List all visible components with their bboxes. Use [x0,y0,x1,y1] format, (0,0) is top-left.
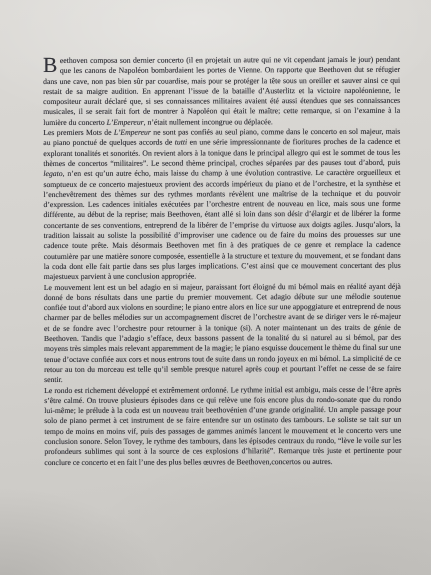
paragraph: Le rondo est richement développé et extr… [44,384,401,468]
text-run: eethoven composa son dernier concerto (i… [43,55,400,127]
drop-cap: B [43,56,60,74]
paragraph: Beethoven composa son dernier concerto (… [43,55,400,128]
text-run: Les premiers Mots de [43,128,114,137]
italic-run: legato [43,169,62,178]
text-run: , n’en est qu’un autre écho, mais laisse… [43,168,400,281]
article-body: Beethoven composa son dernier concerto (… [43,55,401,468]
scanned-page: Beethoven composa son dernier concerto (… [0,0,431,575]
text-run: Le mouvement lent est un bel adagio en s… [44,281,401,384]
italic-run: L’Empereur [114,128,151,137]
paragraph: Le mouvement lent est un bel adagio en s… [44,281,401,385]
italic-run: tutti [175,138,187,147]
paragraph: Les premiers Mots de L’Empereur ne sont … [43,127,401,283]
italic-run: L’Empereur [107,117,144,126]
text-run: Le rondo est richement développé et extr… [44,384,401,466]
text-run: , n’était nullement incongrue ou déplacé… [144,117,273,126]
